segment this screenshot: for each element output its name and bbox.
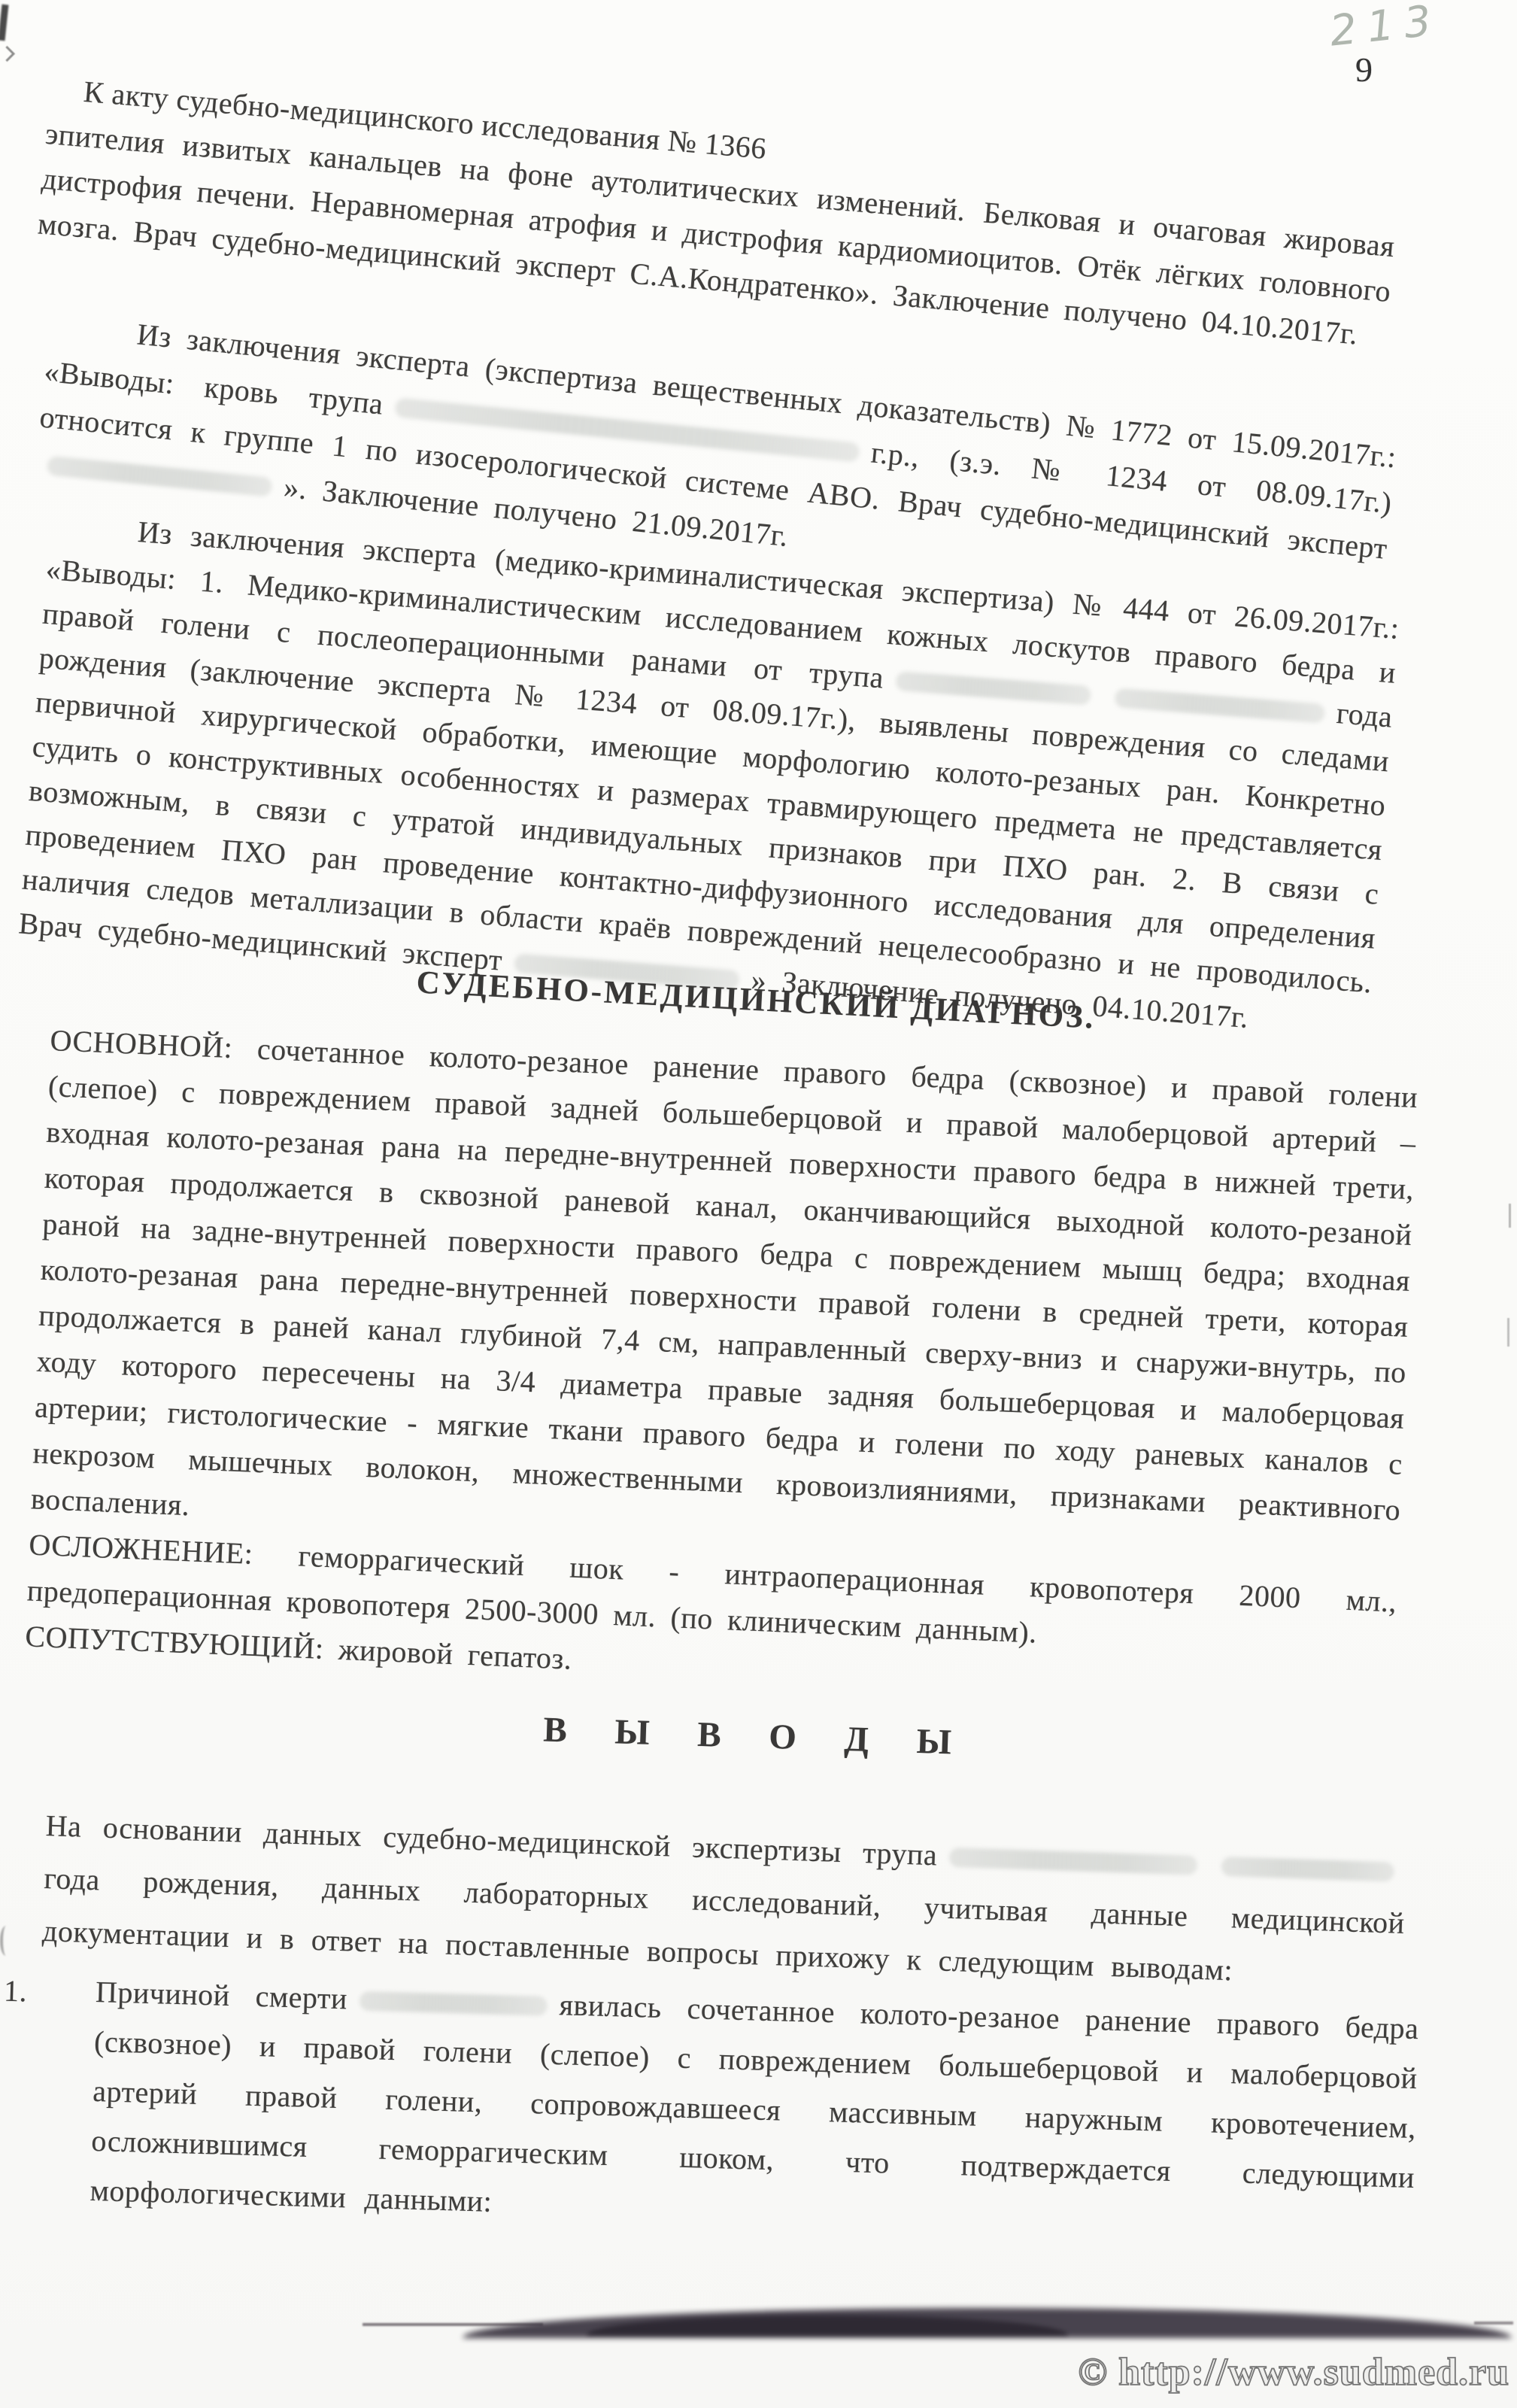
text-run: явилась сочетанное колото-резаное ранени… [90,1987,1419,2218]
redaction-smudge [949,1848,1198,1875]
diagnosis-block: ОСНОВНОЙ: сочетанное колото-резаное ране… [24,1017,1418,1716]
sudmed-watermark: © http://www.sudmed.ru [1078,2350,1509,2394]
redaction-smudge [47,456,273,497]
scan-edge-mark [0,46,15,62]
scanned-document-page: 213 9 К акту судебно-медицинского исслед… [0,0,1517,2408]
redaction-smudge [895,671,1091,706]
diagnosis-main-paragraph: ОСНОВНОЙ: сочетанное колото-резаное ране… [30,1017,1419,1579]
redaction-smudge [1114,688,1325,723]
scan-edge-mark [0,5,8,41]
page-number: 9 [1355,50,1373,90]
redaction-smudge [359,1991,548,2016]
text-run: На основании данных судебно-медицинской … [45,1808,938,1872]
conclusion-item-1: 1. Причиной смертиявилась сочетанное кол… [90,1967,1420,2252]
scan-edge-mark [0,1926,12,1956]
scan-edge-mark [1509,1204,1511,1228]
scan-shadow-line [1474,2321,1513,2324]
item-number: 1. [3,1966,28,2017]
handwritten-page-number: 213 [1327,0,1444,56]
text-run: Причиной смерти [95,1975,347,2015]
redaction-smudge [1221,1857,1394,1882]
text-run: года рождения, данных лабораторных иссле… [41,1861,1405,1987]
scan-edge-mark [1507,1318,1509,1347]
act-reference-block: К акту судебно-медицинского исследования… [36,66,1400,360]
